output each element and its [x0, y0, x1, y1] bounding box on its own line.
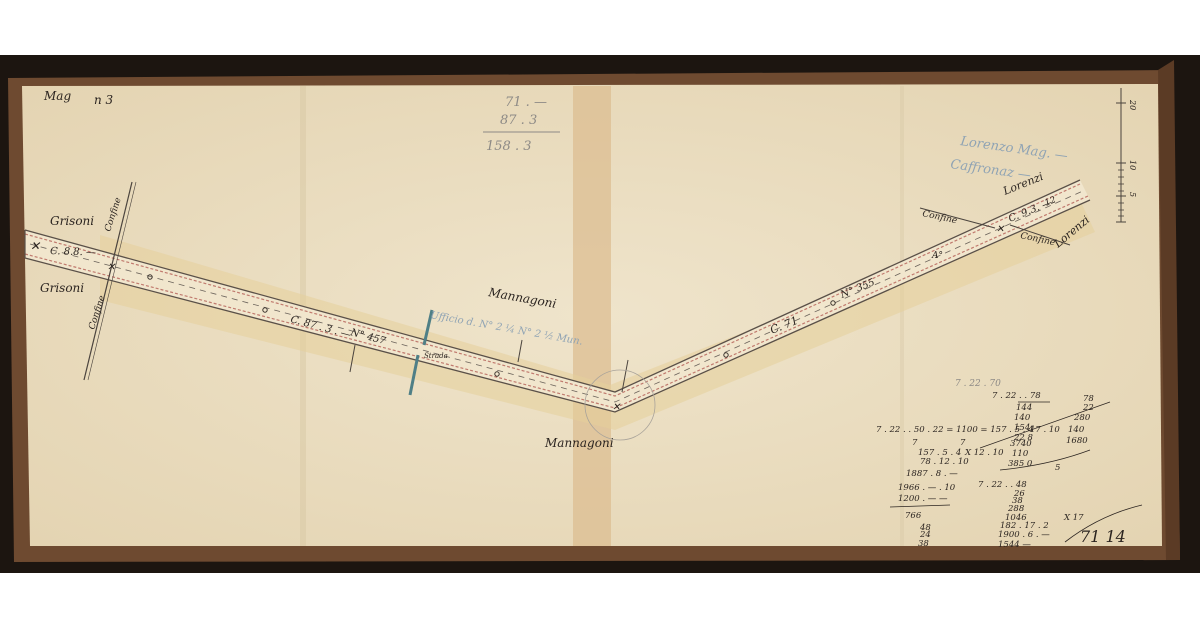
- label-grisoni-top: Grisoni: [50, 214, 94, 228]
- pencil-faint-calc: 7 . 22 . 70: [955, 379, 1001, 389]
- svg-text:✕: ✕: [30, 239, 41, 253]
- signature: 71 14: [1080, 527, 1126, 546]
- calc-row2-mid: 17 . 10: [1030, 425, 1060, 435]
- calc-row5-left-2: 766: [905, 511, 922, 521]
- calc-page-mark: 5: [1055, 463, 1060, 473]
- calc-row5-frac-2: 38: [918, 539, 929, 549]
- angle-mark: A°: [931, 251, 943, 261]
- chainage-segment-0: C. 8.8. —: [50, 246, 96, 259]
- svg-text:✕: ✕: [107, 262, 116, 273]
- label-grisoni-bottom: Grisoni: [40, 281, 84, 295]
- top-sum-line-2: 87 . 3: [500, 113, 537, 128]
- calc-row6-sub-0: 1900 . 6 . —: [998, 530, 1050, 540]
- fold-line-right: [900, 86, 904, 546]
- calc-row2-left: 7 . 22 . . 50 . 22 = 1100 = 157 . 5 . 4: [876, 425, 1034, 435]
- calc-row5-left-0: 1966 . — . 10: [898, 483, 956, 493]
- calc-row1-sub-0: 144: [1016, 403, 1032, 413]
- calc-row6-sub-1: 1544 —: [998, 540, 1031, 550]
- corner-note-number: n 3: [94, 93, 114, 107]
- top-sum-line-1: 71 . —: [505, 95, 547, 110]
- calc-row4-left-2: 1887 . 8 . —: [906, 469, 958, 479]
- calc-row5-left-1: 1200 . — —: [898, 494, 948, 504]
- calc-row3-0: 3740: [1010, 439, 1032, 449]
- calc-col-right-4: 1680: [1066, 436, 1088, 446]
- scale-label-10: 10: [1128, 160, 1137, 170]
- map-scan: ✕ ✕ ✕ ✕ Mag n 3 71 . — 87 . 3 158 . 3 Gr…: [0, 0, 1200, 628]
- survey-map: ✕ ✕ ✕ ✕ Mag n 3 71 . — 87 . 3 158 . 3 Gr…: [0, 0, 1200, 628]
- calc-row1-sub-1: 140: [1014, 413, 1031, 423]
- label-mannagoni-bottom: Mannagoni: [544, 436, 614, 450]
- calc-row3-1: 110: [1012, 449, 1029, 459]
- calc-row2-den-0: 7: [912, 438, 918, 448]
- calc-row1: 7 . 22 . . 78: [992, 391, 1041, 401]
- scale-label-20: 20: [1128, 99, 1137, 110]
- scale-label-5: 5: [1128, 192, 1137, 197]
- calc-row2-den-1: 7: [960, 438, 966, 448]
- calc-row6-2: X 17: [1063, 513, 1084, 523]
- label-strada: Strada: [424, 352, 448, 360]
- svg-text:✕: ✕: [612, 402, 621, 413]
- vertical-fold-stain: [573, 86, 611, 546]
- corner-note-mag: Mag: [43, 89, 71, 103]
- svg-text:✕: ✕: [996, 224, 1005, 235]
- calc-row4-x: X 12 . 10: [964, 448, 1004, 458]
- calc-col-right-3: 140: [1068, 425, 1085, 435]
- calc-row4-left-1: 78 . 12 . 10: [920, 457, 969, 467]
- top-sum-total: 158 . 3: [486, 139, 531, 154]
